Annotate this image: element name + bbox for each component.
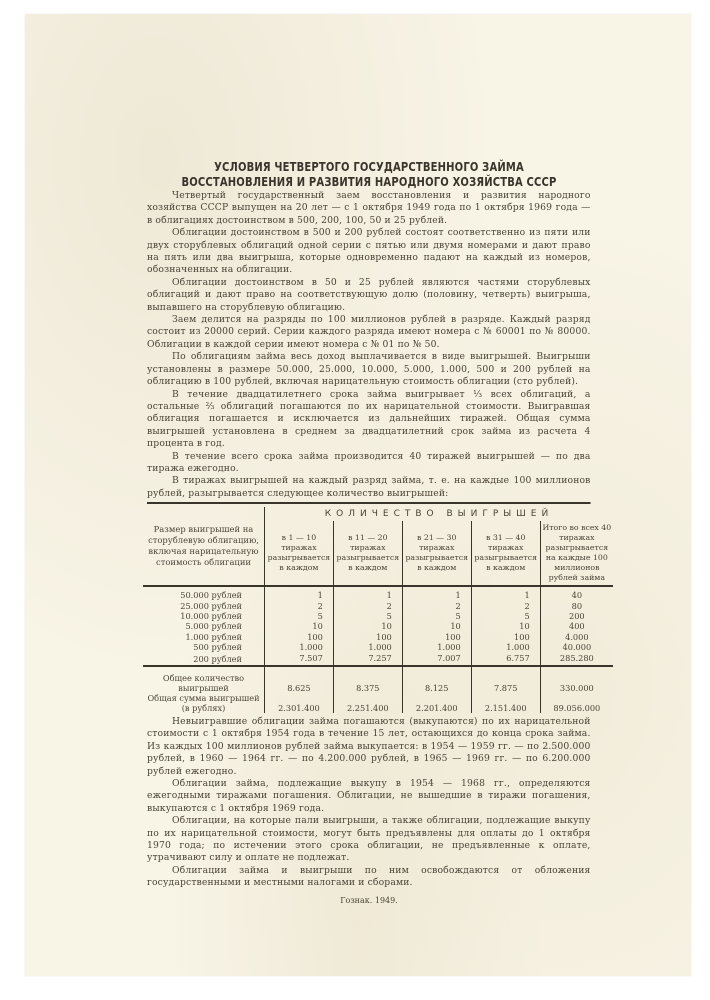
prize-count-cell: 2: [471, 601, 540, 611]
title-line-1: УСЛОВИЯ ЧЕТВЕРТОГО ГОСУДАРСТВЕННОГО ЗАЙМ…: [154, 160, 584, 175]
prize-count-cell: 100: [265, 632, 334, 642]
prize-count-cell: 1: [471, 586, 540, 600]
prize-count-cell: 7.007: [402, 653, 471, 666]
prize-count-cell: 2: [402, 601, 471, 611]
prize-count-cell: 2: [265, 601, 334, 611]
paragraphs-before-table: Четвертый государственный заем восстанов…: [147, 190, 591, 504]
total-sum-cell: 89.056.000: [540, 693, 613, 713]
prize-count-cell: 7.257: [333, 653, 402, 666]
total-sum-cell: 2.301.400: [265, 693, 334, 713]
prize-count-cell: 400: [540, 621, 613, 631]
prize-count-cell: 100: [333, 632, 402, 642]
total-count-cell: 8.375: [333, 666, 402, 693]
paragraph: Облигации, на которые пали выигрыши, а т…: [147, 815, 591, 865]
paragraphs-after-table: Невыигравшие облигации займа погашаются …: [147, 716, 591, 890]
prize-size-label: 5.000 рублей: [143, 621, 265, 631]
paragraph: Четвертый государственный заем восстанов…: [147, 190, 591, 227]
prize-count-cell: 1.000: [333, 642, 402, 652]
prize-count-cell: 10: [471, 621, 540, 631]
paragraph: По облигациям займа весь доход выплачива…: [147, 351, 591, 388]
prize-count-cell: 1.000: [265, 642, 334, 652]
total-count-cell: 330.000: [540, 666, 613, 693]
document-content: УСЛОВИЯ ЧЕТВЕРТОГО ГОСУДАРСТВЕННОГО ЗАЙМ…: [147, 160, 591, 905]
total-count-cell: 8.125: [402, 666, 471, 693]
prize-size-label: 50.000 рублей: [143, 586, 265, 600]
paragraph: Облигации займа, подлежащие выкупу в 195…: [147, 778, 591, 815]
table-row: 5.000 рублей10101010400: [143, 621, 613, 631]
total-count-cell: 8.625: [265, 666, 334, 693]
prize-count-cell: 4.000: [540, 632, 613, 642]
paragraph: Облигации достоинством в 500 и 200 рубле…: [147, 227, 591, 277]
prize-count-cell: 10: [402, 621, 471, 631]
prize-count-cell: 285.280: [540, 653, 613, 666]
prize-count-cell: 2: [333, 601, 402, 611]
prize-count-cell: 5: [402, 611, 471, 621]
header-prize-size: Размер выигрышей на сторублевую облигаци…: [143, 507, 265, 586]
table-intro-paragraph: В тиражах выигрышей на каждый разряд зай…: [147, 475, 591, 504]
prize-count-cell: 1: [333, 586, 402, 600]
total-count-cell: 7.875: [471, 666, 540, 693]
header-draws-31-40: в 31 — 40 тиражах разыгрывается в каждом: [471, 521, 540, 586]
table-row: 1.000 рублей1001001001004.000: [143, 632, 613, 642]
prize-count-cell: 40.000: [540, 642, 613, 652]
prize-count-cell: 5: [471, 611, 540, 621]
imprint: Гознак. 1949.: [147, 896, 591, 905]
total-sum-label: Общая сумма выигрышей (в рублях): [143, 693, 265, 713]
table-row: 10.000 рублей5555200: [143, 611, 613, 621]
title-line-2: ВОССТАНОВЛЕНИЯ И РАЗВИТИЯ НАРОДНОГО ХОЗЯ…: [154, 175, 584, 190]
prize-count-cell: 100: [402, 632, 471, 642]
prize-size-label: 500 рублей: [143, 642, 265, 652]
prize-size-label: 10.000 рублей: [143, 611, 265, 621]
prize-count-cell: 5: [333, 611, 402, 621]
header-draws-21-30: в 21 — 30 тиражах разыгрывается в каждом: [402, 521, 471, 586]
paragraph: Невыигравшие облигации займа погашаются …: [147, 716, 591, 778]
header-total-40-draws: Итого во всех 40 тиражах разыгрывается н…: [540, 521, 613, 586]
total-sum-cell: 2.251.400: [333, 693, 402, 713]
prize-count-cell: 6.757: [471, 653, 540, 666]
prize-count-cell: 100: [471, 632, 540, 642]
prizes-table: Размер выигрышей на сторублевую облигаци…: [143, 507, 613, 713]
prize-count-cell: 7.507: [265, 653, 334, 666]
table-row: 200 рублей7.5077.2577.0076.757285.280: [143, 653, 613, 666]
document-title: УСЛОВИЯ ЧЕТВЕРТОГО ГОСУДАРСТВЕННОГО ЗАЙМ…: [154, 160, 584, 190]
header-prize-count-group: КОЛИЧЕСТВО ВЫИГРЫШЕЙ: [265, 507, 614, 521]
paragraph: Заем делится на разряды по 100 миллионов…: [147, 314, 591, 351]
paragraph: В течение двадцатилетнего срока займа вы…: [147, 389, 591, 451]
paragraph: Облигации достоинством в 50 и 25 рублей …: [147, 277, 591, 314]
total-sum-cell: 2.151.400: [471, 693, 540, 713]
prize-count-cell: 80: [540, 601, 613, 611]
prize-count-cell: 1.000: [402, 642, 471, 652]
prize-count-cell: 10: [265, 621, 334, 631]
total-count-label: Общее количество выигрышей: [143, 666, 265, 693]
prize-count-cell: 1: [402, 586, 471, 600]
table-row: 500 рублей1.0001.0001.0001.00040.000: [143, 642, 613, 652]
prize-count-cell: 10: [333, 621, 402, 631]
paragraph: В течение всего срока займа производится…: [147, 451, 591, 476]
total-sum-cell: 2.201.400: [402, 693, 471, 713]
prize-rows: 50.000 рублей11114025.000 рублей22228010…: [143, 586, 613, 666]
prize-size-label: 25.000 рублей: [143, 601, 265, 611]
prize-count-cell: 5: [265, 611, 334, 621]
prize-count-cell: 40: [540, 586, 613, 600]
header-draws-1-10: в 1 — 10 тиражах разыгрывается в каждом: [265, 521, 334, 586]
prize-count-cell: 200: [540, 611, 613, 621]
paragraph: Облигации займа и выигрыши по ним освобо…: [147, 865, 591, 890]
table-row: 25.000 рублей222280: [143, 601, 613, 611]
prize-count-cell: 1.000: [471, 642, 540, 652]
prize-size-label: 1.000 рублей: [143, 632, 265, 642]
prize-count-cell: 1: [265, 586, 334, 600]
table-row: 50.000 рублей111140: [143, 586, 613, 600]
header-draws-11-20: в 11 — 20 тиражах разыгрывается в каждом: [333, 521, 402, 586]
prize-size-label: 200 рублей: [143, 653, 265, 666]
